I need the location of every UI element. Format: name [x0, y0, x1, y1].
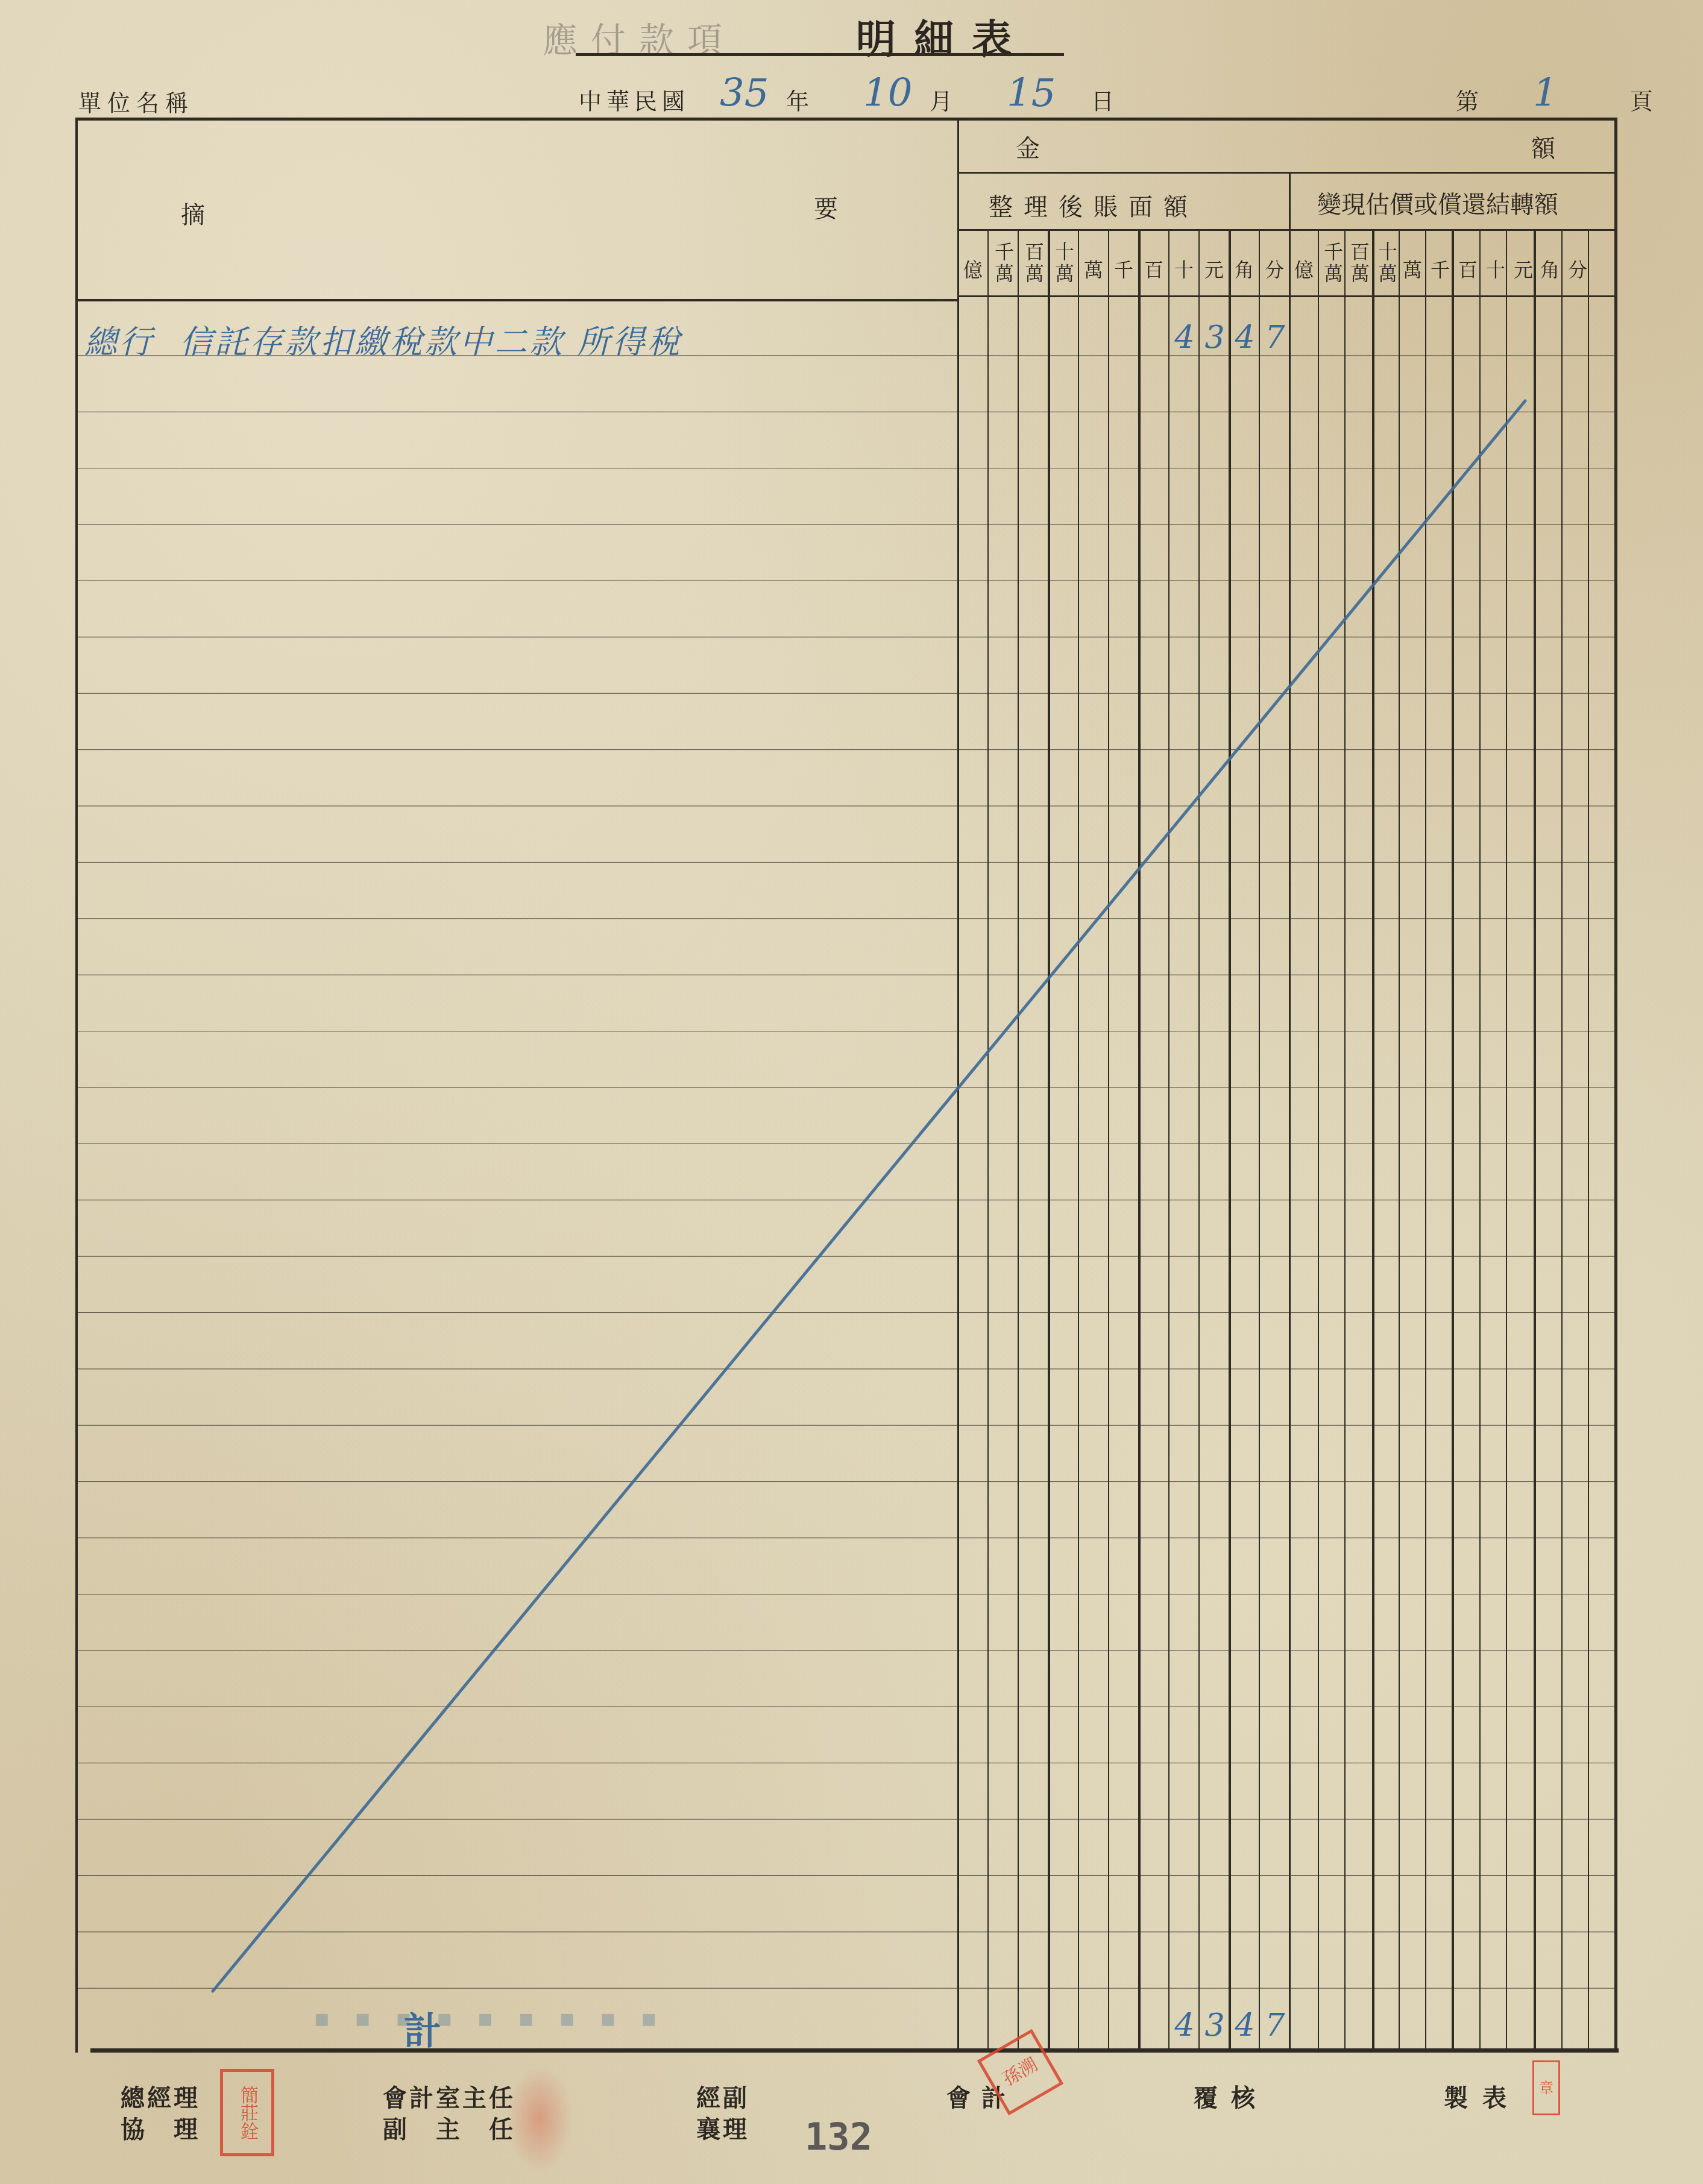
total-book-value-jiao[interactable]: 4 [1233, 2007, 1257, 2044]
preparer-label: 製表 [1444, 2083, 1521, 2114]
deputy-manager-label: 經副 襄理 [696, 2083, 749, 2145]
total-label: 計 [404, 2001, 441, 2055]
total-book-value-ten[interactable]: 4 [1173, 2007, 1197, 2044]
preparer-seal: 章 [1532, 2060, 1560, 2115]
total-book-value-yuan[interactable]: 3 [1203, 2007, 1227, 2044]
reviewer-label: 覆核 [1194, 2083, 1268, 2114]
accounting-director-label: 會計室主任 副 主 任 [383, 2083, 515, 2145]
accounting-director-seal-faded [506, 2065, 573, 2173]
general-manager-label: 總經理 協 理 [121, 2083, 200, 2145]
total-book-value-fen[interactable]: 7 [1263, 2007, 1287, 2044]
page-stamp-number: 132 [805, 2115, 872, 2159]
general-manager-seal: 簡莊銓 [220, 2069, 274, 2156]
total-row-faded-bleed: ▪ ▪ ▪ ▪ ▪ ▪ ▪ ▪ ▪ [313, 2004, 666, 2032]
cancel-diagonal-line [0, 0, 1703, 2184]
